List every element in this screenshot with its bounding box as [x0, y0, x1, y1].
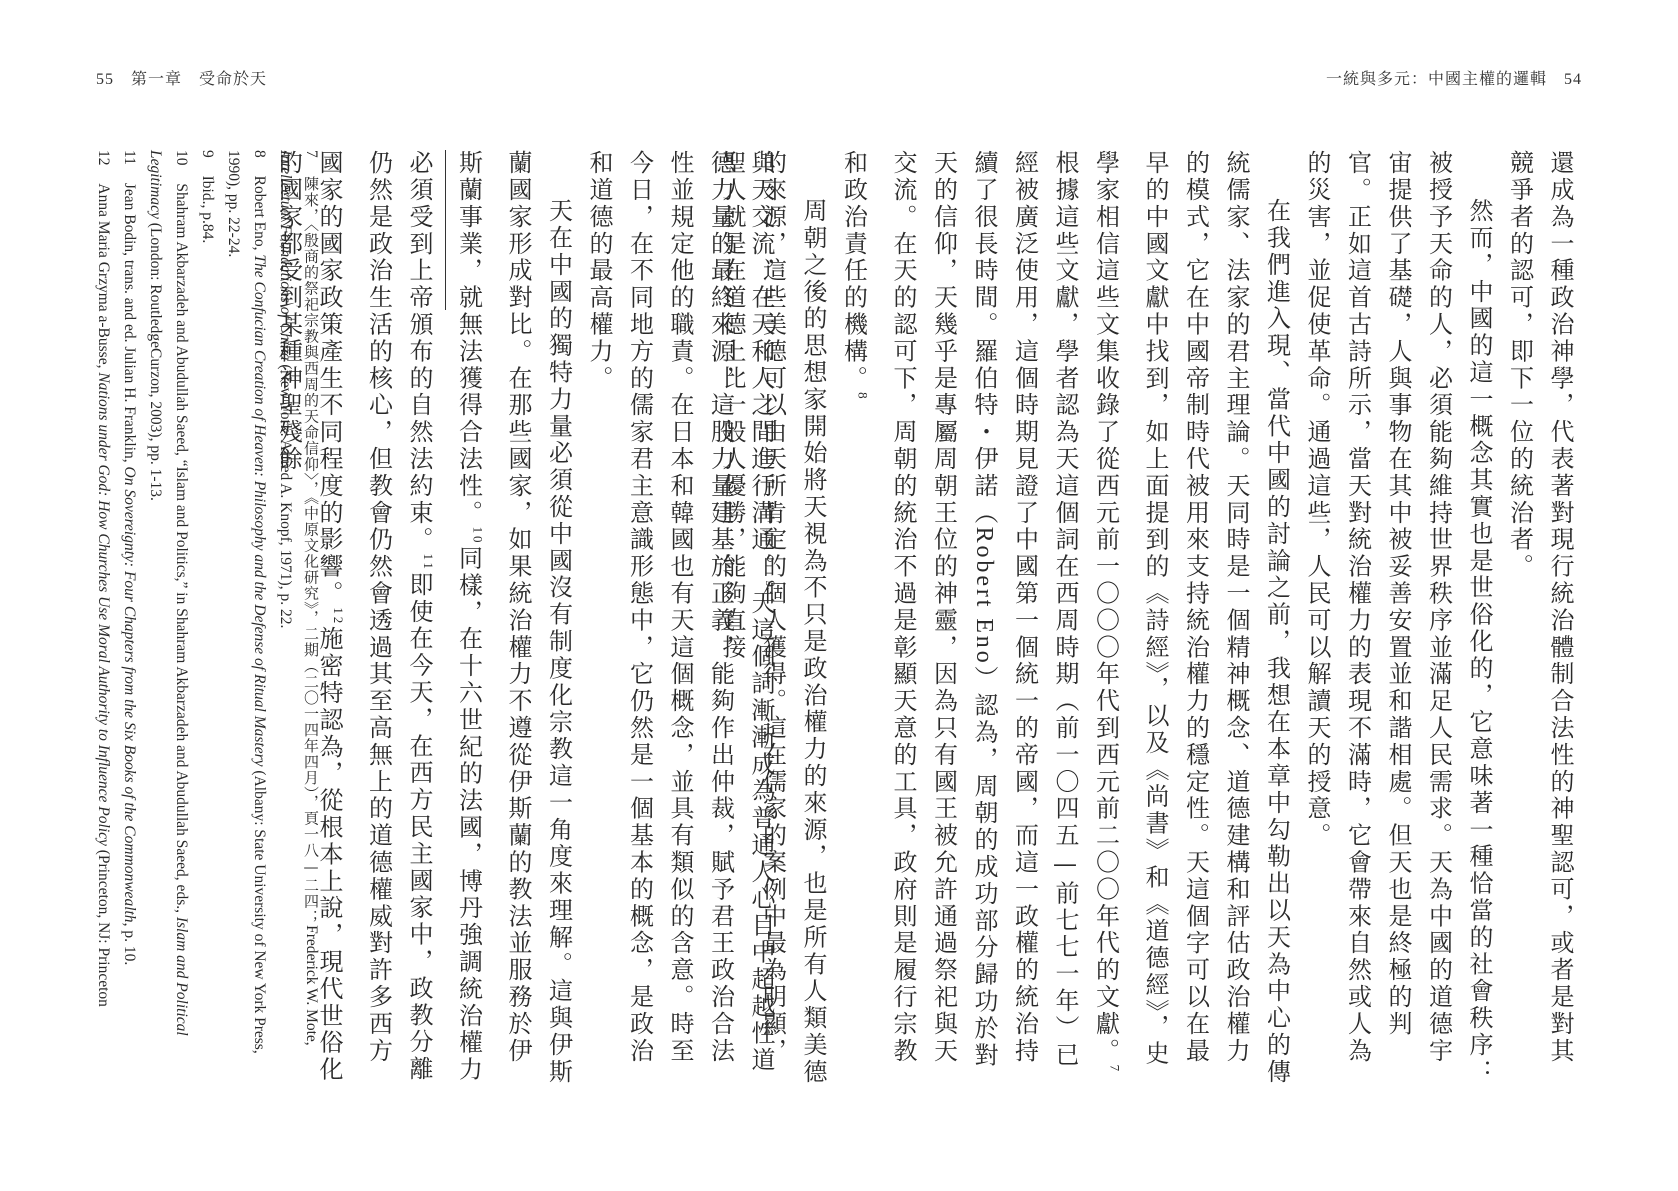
- chapter-label: 第一章: [131, 71, 182, 88]
- footnote-title: Nations under God: How Churches Use Mora…: [95, 372, 112, 846]
- page-number-left: 55: [96, 71, 114, 88]
- latin-name: Robert Eno: [971, 527, 997, 666]
- footnotes: 7 陳來，〈殷商的祭祀宗教與西周的天命信仰〉，《中原文化研究》，二期（二〇一四年…: [90, 150, 324, 1090]
- footnote-12: 12 Anna Maria Grzyma a-Busse, Nations un…: [90, 150, 116, 1090]
- footnote-number: 9: [194, 150, 220, 158]
- footnote-10: 10 Shahram Akbarzadeh and Abudullah Saee…: [142, 150, 194, 1090]
- footnote-text: (New York: Alfred A. Knopf, 1971), p. 22…: [277, 361, 294, 629]
- paragraph: 還成為一種政治神學，代表著對現行統治體制合法性的神聖認可，或者是對其競爭者的認可…: [1499, 150, 1580, 1090]
- footnote-number: 11: [116, 150, 142, 165]
- footnote-ref[interactable]: 10: [471, 527, 486, 546]
- footnote-9: 9 Ibid., p.84.: [194, 150, 220, 1090]
- footnote-divider: [445, 150, 446, 310]
- footnote-7: 7 陳來，〈殷商的祭祀宗教與西周的天命信仰〉，《中原文化研究》，二期（二〇一四年…: [272, 150, 324, 1090]
- footnote-ref[interactable]: 12: [331, 607, 346, 626]
- footnote-text: (London: RoutledgeCurzon, 2003), pp. 1-1…: [147, 219, 164, 501]
- right-page-body: 還成為一種政治神學，代表著對現行統治體制合法性的神聖認可，或者是對其競爭者的認可…: [712, 150, 1581, 1090]
- right-page: 還成為一種政治神學，代表著對現行統治體制合法性的神聖認可，或者是對其競爭者的認可…: [975, 150, 1580, 1090]
- paragraph: 在我們進入現、當代中國的討論之前，我想在本章中勾勒出以天為中心的傳統儒家、法家的…: [833, 150, 1297, 1090]
- footnote-title: On Sovereignty: Four Chapters from the S…: [121, 467, 138, 923]
- footnote-cjk-text: 陳來，〈殷商的祭祀宗教與西周的天命信仰〉，《中原文化研究》，二期（二〇一四年四月…: [302, 176, 320, 926]
- footnote-text: Frederick W. Mote,: [303, 925, 320, 1046]
- paragraph: 然而，中國的這一概念其實也是世俗化的，它意味著一種恰當的社會秩序：被授予天命的人…: [1297, 150, 1500, 1090]
- left-page-body: 與天交流，在天和人之間進行溝通。9天這個詞漸漸成為普通人心目中超越性道德力量的最…: [268, 150, 790, 1090]
- paragraph-text: 在我們進入現、當代中國的討論之前，我想在本章中勾勒出以天為中心的傳統儒家、法家的…: [1092, 150, 1291, 1086]
- footnote-8: 8 Robert Eno, The Confucian Creation of …: [220, 150, 272, 1090]
- footnote-text: , p. 10.: [121, 923, 138, 966]
- footnote-text: (Princeton, NJ: Princeton: [95, 846, 112, 1007]
- paragraph-text: 與天交流，在天和人之間進行溝通。: [747, 150, 775, 580]
- running-header-left: 55 第一章 受命於天: [96, 66, 279, 89]
- footnote-title: Intellectual Foundations of China: [277, 150, 294, 361]
- footnote-number: 10: [168, 150, 194, 166]
- footnote-text: Anna Maria Grzyma a-Busse,: [95, 183, 112, 372]
- page-number-right: 54: [1564, 71, 1582, 88]
- footnote-text: Shahram Akbarzadeh and Abudullah Saeed, …: [173, 183, 190, 916]
- footnote-text: Robert Eno,: [251, 176, 268, 255]
- footnote-ref[interactable]: 8: [856, 392, 871, 401]
- chapter-title: 受命於天: [199, 71, 267, 88]
- footnote-ref[interactable]: 7: [1108, 1065, 1123, 1074]
- footnote-11: 11 Jean Bodin, trans. and ed. Julian H. …: [116, 150, 142, 1090]
- footnote-number: 7: [298, 150, 324, 158]
- running-header-right: 一統與多元：中國主權的邏輯 54: [1314, 66, 1582, 89]
- paragraph: 與天交流，在天和人之間進行溝通。9天這個詞漸漸成為普通人心目中超越性道德力量的最…: [579, 150, 791, 1090]
- footnote-number: 12: [90, 150, 116, 166]
- paragraph-text: 然而，中國的這一概念其實也是世俗化的，它意味著一種恰當的社會秩序：被授予天命的人…: [1303, 150, 1493, 1086]
- footnote-number: 8: [246, 150, 272, 158]
- left-page: 與天交流，在天和人之間進行溝通。9天這個詞漸漸成為普通人心目中超越性道德力量的最…: [90, 150, 790, 1090]
- footnote-ref[interactable]: 11: [421, 554, 436, 572]
- book-title: 一統與多元：中國主權的邏輯: [1326, 71, 1547, 88]
- paragraph-text: 還成為一種政治神學，代表著對現行統治體制合法性的神聖認可，或者是對其競爭者的認可…: [1506, 150, 1575, 1065]
- footnote-ref[interactable]: 9: [763, 580, 778, 589]
- footnote-text: Ibid., p.84.: [199, 176, 216, 244]
- footnote-title: The Confucian Creation of Heaven: Philos…: [251, 254, 268, 766]
- footnote-text: Jean Bodin, trans. and ed. Julian H. Fra…: [121, 183, 138, 467]
